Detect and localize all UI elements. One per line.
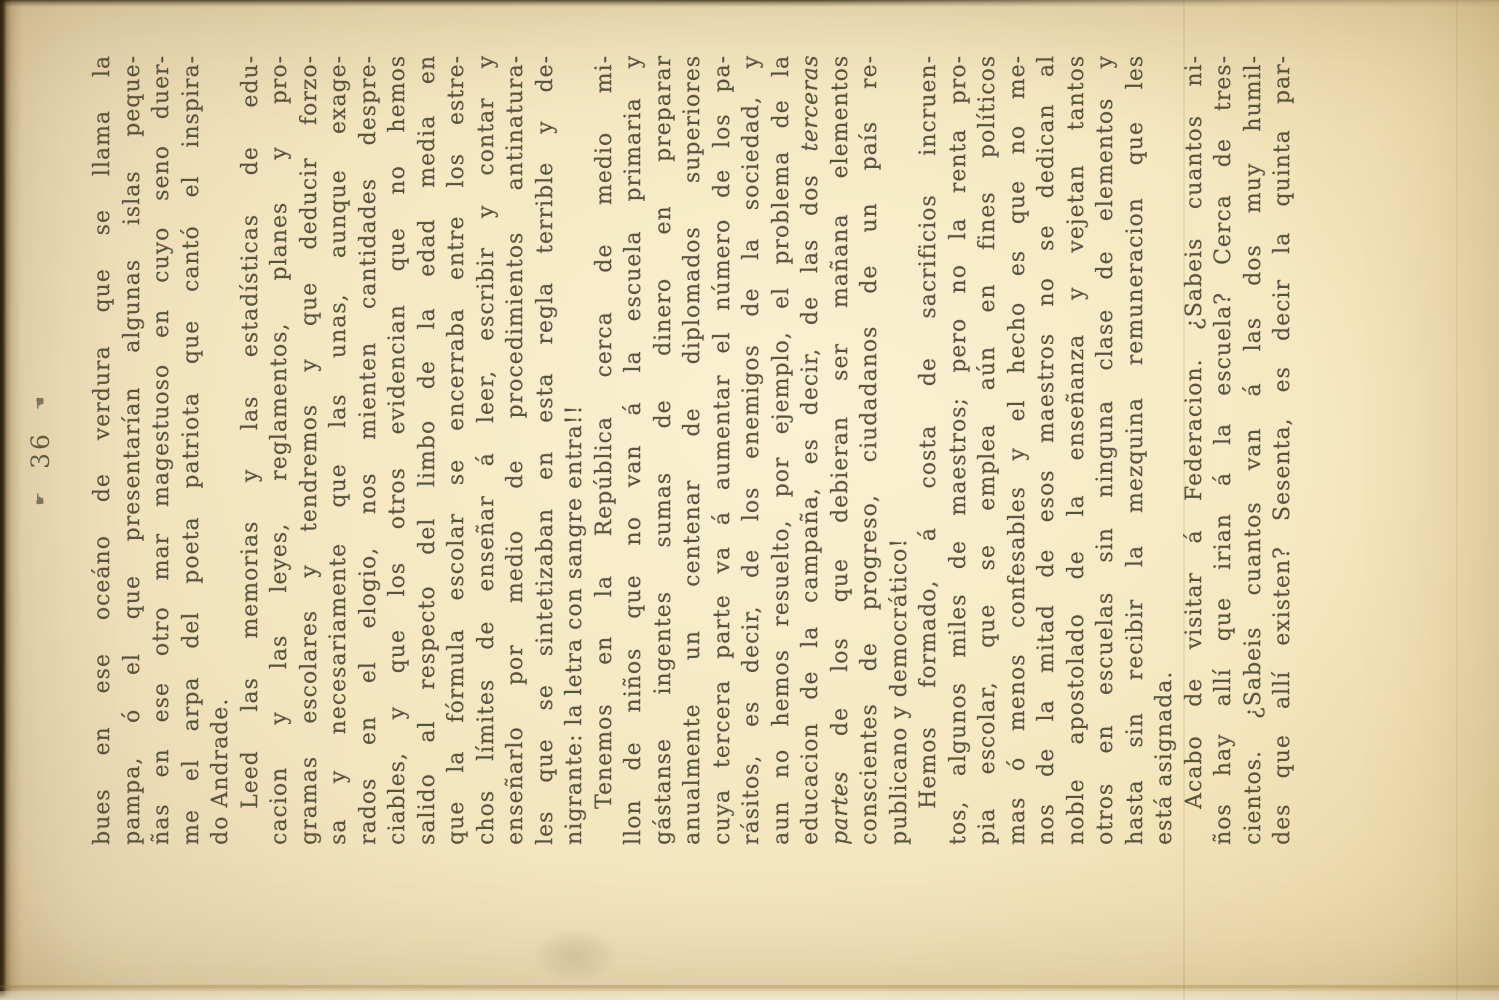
text-line: ños hay allí que irian á la escuela? Cer… <box>1209 55 1239 845</box>
paragraph: Tenemos en la República cerca de medio m… <box>590 55 915 845</box>
text-line: aun no hemos resuelto, por ejemplo, el p… <box>767 55 797 845</box>
text-line: conscientes de progreso, ciudadanos de u… <box>855 55 885 845</box>
text-line: rados en el elogio, nos mienten cantidad… <box>354 55 384 845</box>
fleuron-right-icon: ☚ <box>31 395 49 410</box>
text-line: está asignada. <box>1150 55 1180 845</box>
text-line: do Andrade. <box>206 55 236 845</box>
text-line: otros en escuelas sin ninguna clase de e… <box>1091 55 1121 845</box>
page-number: 36 <box>26 417 55 483</box>
text-line: salido al respecto del limbo de la edad … <box>413 55 443 845</box>
text-line: educacion de la campaña, es decir, de la… <box>796 55 826 845</box>
paragraph: Hemos formado, á costa de sacrificios in… <box>914 55 1180 845</box>
text-line: les que se sintetizaban en esta regla te… <box>531 55 561 845</box>
text-line: me el arpa del poeta patriota que cantó … <box>177 55 207 845</box>
text-line: Tenemos en la República cerca de medio m… <box>590 55 620 845</box>
text-line: sa y necesariamente que las unas, aunque… <box>324 55 354 845</box>
fleuron-left-icon: ☛ <box>31 490 49 505</box>
text-line: tos, algunos miles de maestros; pero no … <box>944 55 974 845</box>
text-line: cuya tercera parte va á aumentar el núme… <box>708 55 738 845</box>
scanned-book-page: ☛ 36 ☚ bues en ese oceáno de verdura que… <box>0 0 1499 1000</box>
page-folio: ☛ 36 ☚ <box>26 55 68 845</box>
text-line: cacion y las leyes, reglamentos, planes … <box>265 55 295 845</box>
text-block: bues en ese oceáno de verdura que se lla… <box>88 55 1298 845</box>
text-line: rásitos, es decir, de los enemigos de la… <box>737 55 767 845</box>
page-rotated-content: ☛ 36 ☚ bues en ese oceáno de verdura que… <box>0 0 1499 1000</box>
text-line: hasta sin recibir la mezquina remuneraci… <box>1121 55 1151 845</box>
paragraph: Leed las memorias y las estadísticas de … <box>236 55 590 845</box>
text-line: publicano y democrático! <box>885 55 915 845</box>
text-line: ciables, y que los otros evidencian que … <box>383 55 413 845</box>
paragraph: Acabo de visitar á Federacion. ¿Sabeis c… <box>1180 55 1298 845</box>
text-line: chos límites de enseñar á leer, escribir… <box>472 55 502 845</box>
text-line: llon de niños que no van á la escuela pr… <box>619 55 649 845</box>
text-line: Leed las memorias y las estadísticas de … <box>236 55 266 845</box>
text-line: nigrante: la letra con sangre entra!! <box>560 55 590 845</box>
text-line: cientos. ¿Sabeis cuantos van á las dos m… <box>1239 55 1269 845</box>
text-line: que la fórmula escolar se encerraba entr… <box>442 55 472 845</box>
text-line: mas ó menos confesables y el hecho es qu… <box>1003 55 1033 845</box>
text-line: nos de la mitad de esos maestros no se d… <box>1032 55 1062 845</box>
text-line: Hemos formado, á costa de sacrificios in… <box>914 55 944 845</box>
text-line: Acabo de visitar á Federacion. ¿Sabeis c… <box>1180 55 1210 845</box>
text-line: pia escolar, que se emplea aún en fines … <box>973 55 1003 845</box>
text-line: pampa, ó el que presentarían algunas isl… <box>118 55 148 845</box>
text-line: anualmente un centenar de diplomados sup… <box>678 55 708 845</box>
text-line: enseñarlo por medio de procedimientos an… <box>501 55 531 845</box>
text-line: gramas escolares y tendremos y que deduc… <box>295 55 325 845</box>
text-line: ñas en ese otro mar magestuoso en cuyo s… <box>147 55 177 845</box>
text-line: partes de los que debieran ser mañana el… <box>826 55 856 845</box>
text-line: noble apostolado de la enseñanza y vejet… <box>1062 55 1092 845</box>
text-line: gástanse ingentes sumas de dinero en pre… <box>649 55 679 845</box>
text-line: bues en ese oceáno de verdura que se lla… <box>88 55 118 845</box>
paragraph: bues en ese oceáno de verdura que se lla… <box>88 55 236 845</box>
text-line: des que allí existen? Sesenta, es decir … <box>1268 55 1298 845</box>
